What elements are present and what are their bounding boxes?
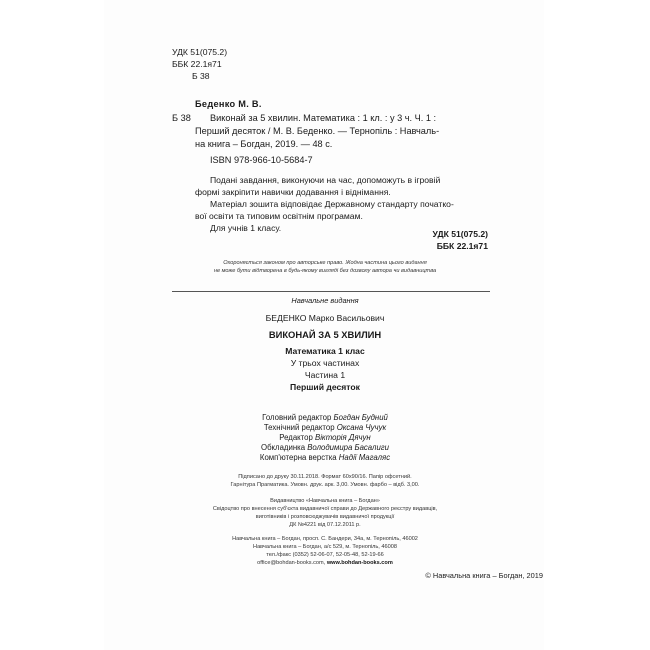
book-title: ВИКОНАЙ ЗА 5 ХВИЛИН	[0, 329, 650, 340]
udk-code: УДК 51(075.2)	[172, 47, 227, 58]
contact-web: office@bohdan-books.com, www.bohdan-book…	[0, 560, 650, 567]
annotation-line-4: вої освіти та типовим освітнім програмам…	[195, 211, 363, 222]
annotation-line-2: формі закріпити навички додавання і відн…	[195, 187, 391, 198]
publisher-name: Видавництво «Навчальна книга – Богдан»	[0, 498, 650, 505]
publisher-cert-line-1: Свідоцтво про внесення суб'єкта видавнич…	[0, 506, 650, 513]
edition-type: Навчальне видання	[0, 296, 650, 305]
author-full-name: БЕДЕНКО Марко Васильович	[0, 313, 650, 324]
book-subject: Математика 1 клас	[0, 346, 650, 357]
staff-editor: Редактор Вікторія Дячун	[0, 433, 650, 443]
contact-address-1: Навчальна книга – Богдан, просп. С. Банд…	[0, 536, 650, 543]
annotation-line-5: Для учнів 1 класу.	[210, 223, 281, 234]
book-parts: У трьох частинах	[0, 358, 650, 369]
cutter-number: Б 38	[192, 71, 210, 82]
contact-email[interactable]: office@bohdan-books.com,	[257, 560, 325, 566]
contact-phone: тел./факс (0352) 52-06-07, 52-05-48, 52-…	[0, 552, 650, 559]
annotation-line-1: Подані завдання, виконуючи на час, допом…	[210, 175, 440, 186]
contact-address-2: Навчальна книга – Богдан, а/с 529, м. Те…	[0, 544, 650, 551]
annotation-line-3: Матеріал зошита відповідає Державному ст…	[210, 199, 454, 210]
copyright-notice-line-1: Охороняється законом про авторське право…	[0, 260, 650, 267]
staff-cover: Обкладинка Володимира Басалиги	[0, 443, 650, 453]
staff-tech-editor: Технічний редактор Оксана Чучук	[0, 423, 650, 433]
contact-website[interactable]: www.bohdan-books.com	[327, 560, 393, 566]
staff-chief-editor: Головний редактор Богдан Будний	[0, 413, 650, 423]
publisher-cert-number: ДК №4221 від 07.12.2011 р.	[0, 522, 650, 529]
cutter-mark: Б 38	[172, 113, 191, 124]
copyright-notice-line-2: не може бути відтворена в будь-якому виг…	[0, 268, 650, 275]
divider-line	[172, 291, 490, 292]
print-info-line-2: Гарнітура Прагматика. Умовн. друк. арк. …	[0, 482, 650, 489]
annotation-udk: УДК 51(075.2)	[433, 229, 488, 240]
annotation-bbk: ББК 22.1я71	[437, 241, 488, 252]
record-line-3: на книга – Богдан, 2019. — 48 с.	[195, 139, 332, 150]
record-line-1: Виконай за 5 хвилин. Математика : 1 кл. …	[210, 113, 436, 124]
staff-layout: Комп'ютерна верстка Надії Магаляс	[0, 453, 650, 463]
author-heading: Беденко М. В.	[195, 99, 262, 110]
staff-list: Головний редактор Богдан Будний Технічни…	[0, 413, 650, 463]
bbk-code: ББК 22.1я71	[172, 59, 222, 70]
publisher-cert-line-2: виготівників і розповсюджувачів видавнич…	[0, 514, 650, 521]
record-line-2: Перший десяток / М. В. Беденко. — Терноп…	[195, 126, 439, 137]
print-info-line-1: Підписано до друку 30.11.2018. Формат 60…	[0, 474, 650, 481]
isbn: ISBN 978-966-10-5684-7	[210, 155, 313, 166]
book-part: Частина 1	[0, 370, 650, 381]
copyright-line: © Навчальна книга – Богдан, 2019	[425, 571, 543, 580]
book-part-title: Перший десяток	[0, 382, 650, 393]
